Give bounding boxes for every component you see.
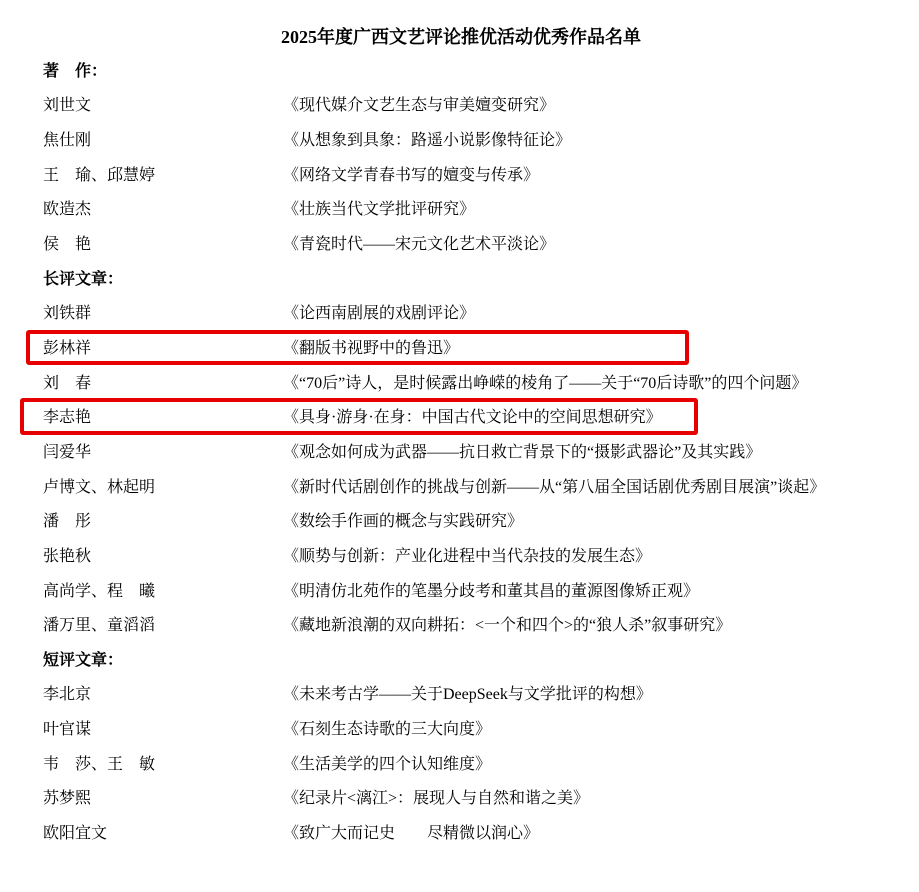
author-name: 焦仕刚 (43, 124, 283, 159)
award-entry-row: 张艳秋《顺势与创新：产业化进程中当代杂技的发展生态》 (43, 540, 879, 575)
work-title: 《网络文学青春书写的嬗变与传承》 (283, 159, 539, 194)
section-heading: 长评文章： (43, 263, 879, 298)
award-entry-row: 焦仕刚《从想象到具象：路遥小说影像特征论》 (43, 124, 879, 159)
author-name: 张艳秋 (43, 540, 283, 575)
author-name: 刘世文 (43, 89, 283, 124)
award-entry-row: 刘铁群《论西南剧展的戏剧评论》 (43, 297, 879, 332)
work-title: 《明清仿北苑作的笔墨分歧考和董其昌的董源图像矫正观》 (283, 575, 699, 610)
work-title: 《藏地新浪潮的双向耕拓：<一个和四个>的“狼人杀”叙事研究》 (283, 609, 731, 644)
award-entry-row: 刘世文《现代媒介文艺生态与审美嬗变研究》 (43, 89, 879, 124)
author-name: 李志艳 (43, 401, 283, 436)
work-title: 《翻版书视野中的鲁迅》 (283, 332, 459, 367)
author-name: 彭林祥 (43, 332, 283, 367)
author-name: 闫爱华 (43, 436, 283, 471)
author-name: 叶官谋 (43, 713, 283, 748)
award-entry-row: 卢博文、林起明《新时代话剧创作的挑战与创新——从“第八届全国话剧优秀剧目展演”谈… (43, 471, 879, 506)
author-name: 韦 莎、王 敏 (43, 748, 283, 783)
author-name: 苏梦熙 (43, 782, 283, 817)
award-entry-row: 闫爱华《观念如何成为武器——抗日救亡背景下的“摄影武器论”及其实践》 (43, 436, 879, 471)
award-entry-row: 韦 莎、王 敏《生活美学的四个认知维度》 (43, 748, 879, 783)
work-title: 《生活美学的四个认知维度》 (283, 748, 491, 783)
award-entry-row: 潘 彤《数绘手作画的概念与实践研究》 (43, 505, 879, 540)
section-heading: 短评文章： (43, 644, 879, 679)
document-page: 2025年度广西文艺评论推优活动优秀作品名单 著 作：刘世文《现代媒介文艺生态与… (0, 0, 919, 892)
author-name: 欧阳宜文 (43, 817, 283, 852)
award-entry-row: 刘 春《“70后”诗人，是时候露出峥嵘的棱角了——关于“70后诗歌”的四个问题》 (43, 367, 879, 402)
work-title: 《论西南剧展的戏剧评论》 (283, 297, 475, 332)
award-entry-row: 欧阳宜文《致广大而记史 尽精微以润心》 (43, 817, 879, 852)
document-title: 2025年度广西文艺评论推优活动优秀作品名单 (43, 20, 879, 55)
section-heading: 著 作： (43, 55, 879, 90)
author-name: 潘万里、童滔滔 (43, 609, 283, 644)
work-title: 《现代媒介文艺生态与审美嬗变研究》 (283, 89, 555, 124)
award-entry-row: 王 瑜、邱慧婷《网络文学青春书写的嬗变与传承》 (43, 159, 879, 194)
award-entry-row: 叶官谋《石刻生态诗歌的三大向度》 (43, 713, 879, 748)
work-title: 《纪录片<漓江>：展现人与自然和谐之美》 (283, 782, 589, 817)
award-entry-row: 李北京《未来考古学——关于DeepSeek与文学批评的构想》 (43, 678, 879, 713)
work-title: 《壮族当代文学批评研究》 (283, 193, 475, 228)
author-name: 李北京 (43, 678, 283, 713)
work-title: 《石刻生态诗歌的三大向度》 (283, 713, 491, 748)
author-name: 刘 春 (43, 367, 283, 402)
work-title: 《顺势与创新：产业化进程中当代杂技的发展生态》 (283, 540, 651, 575)
work-title: 《新时代话剧创作的挑战与创新——从“第八届全国话剧优秀剧目展演”谈起》 (283, 471, 825, 506)
work-title: 《具身·游身·在身：中国古代文论中的空间思想研究》 (283, 401, 662, 436)
author-name: 欧造杰 (43, 193, 283, 228)
author-name: 侯 艳 (43, 228, 283, 263)
work-title: 《观念如何成为武器——抗日救亡背景下的“摄影武器论”及其实践》 (283, 436, 761, 471)
award-entry-row: 彭林祥《翻版书视野中的鲁迅》 (43, 332, 879, 367)
work-title: 《青瓷时代——宋元文化艺术平淡论》 (283, 228, 555, 263)
award-entry-row: 李志艳《具身·游身·在身：中国古代文论中的空间思想研究》 (43, 401, 879, 436)
work-title: 《致广大而记史 尽精微以润心》 (283, 817, 539, 852)
award-entry-row: 苏梦熙《纪录片<漓江>：展现人与自然和谐之美》 (43, 782, 879, 817)
award-entry-row: 欧造杰《壮族当代文学批评研究》 (43, 193, 879, 228)
work-title: 《未来考古学——关于DeepSeek与文学批评的构想》 (283, 678, 652, 713)
author-name: 高尚学、程 曦 (43, 575, 283, 610)
work-title: 《“70后”诗人，是时候露出峥嵘的棱角了——关于“70后诗歌”的四个问题》 (283, 367, 807, 402)
author-name: 卢博文、林起明 (43, 471, 283, 506)
award-list: 著 作：刘世文《现代媒介文艺生态与审美嬗变研究》焦仕刚《从想象到具象：路遥小说影… (43, 55, 879, 852)
work-title: 《从想象到具象：路遥小说影像特征论》 (283, 124, 571, 159)
author-name: 王 瑜、邱慧婷 (43, 159, 283, 194)
award-entry-row: 侯 艳《青瓷时代——宋元文化艺术平淡论》 (43, 228, 879, 263)
author-name: 刘铁群 (43, 297, 283, 332)
author-name: 潘 彤 (43, 505, 283, 540)
award-entry-row: 潘万里、童滔滔《藏地新浪潮的双向耕拓：<一个和四个>的“狼人杀”叙事研究》 (43, 609, 879, 644)
award-entry-row: 高尚学、程 曦《明清仿北苑作的笔墨分歧考和董其昌的董源图像矫正观》 (43, 575, 879, 610)
work-title: 《数绘手作画的概念与实践研究》 (283, 505, 523, 540)
